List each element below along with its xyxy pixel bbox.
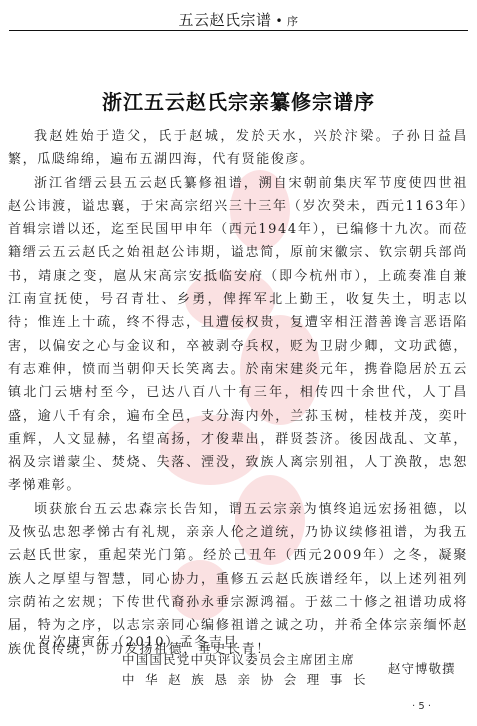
paragraph-1: 我赵姓始于造父，氏于赵城，发於天水，兴於汴梁。子孙日益昌繁，瓜瓞绵绵，遍布五湖四… — [8, 125, 468, 172]
document-title: 浙江五云赵氏宗亲纂修宗谱序 — [0, 86, 477, 115]
header-rule — [9, 30, 468, 31]
signature-titles: 中国国民党中央评议委员会主席团主席 中华赵族恳亲协会理事长 — [122, 650, 376, 690]
running-header: 五云赵氏宗谱•序 — [0, 0, 477, 34]
signature-title-2: 中华赵族恳亲协会理事长 — [122, 670, 376, 690]
date-line: 岁次庚寅年（2010）孟冬吉旦 — [38, 631, 238, 650]
document-body: 我赵姓始于造父，氏于赵城，发於天水，兴於汴梁。子孙日益昌繁，瓜瓞绵绵，遍布五湖四… — [8, 125, 468, 661]
book-title: 五云赵氏宗谱 — [178, 11, 271, 29]
header-separator: • — [275, 14, 283, 28]
page-number: · 5 · — [412, 701, 431, 712]
running-header-title: 五云赵氏宗谱•序 — [0, 9, 477, 30]
signature-name: 赵守博敬撰 — [388, 659, 456, 677]
paragraph-2: 浙江省缙云县五云赵氏纂修祖谱，溯自宋朝前集庆军节度使四世祖赵公讳渡，谥忠襄，于宋… — [8, 172, 468, 498]
signature-title-1: 中国国民党中央评议委员会主席团主席 — [122, 650, 376, 670]
section-label: 序 — [287, 15, 299, 28]
